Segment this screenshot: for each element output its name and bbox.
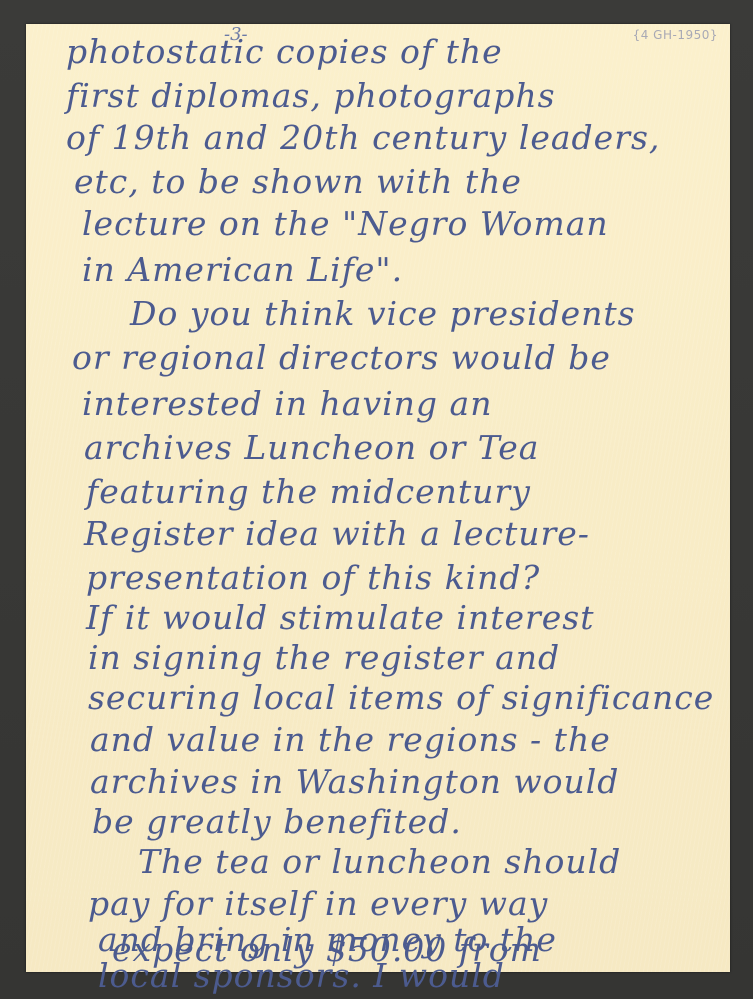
text-line: lecture on the "Negro Woman bbox=[82, 204, 609, 244]
text-line: be greatly benefited. bbox=[92, 802, 462, 842]
text-line: Register idea with a lecture- bbox=[84, 514, 590, 554]
text-line: featuring the midcentury bbox=[86, 472, 531, 512]
text-line: securing local items of significance bbox=[88, 678, 714, 718]
text-line: interested in having an bbox=[82, 384, 492, 424]
text-line: in signing the register and bbox=[88, 638, 560, 678]
text-line: etc, to be shown with the bbox=[74, 162, 522, 202]
text-line: pay for itself in every way bbox=[88, 884, 548, 924]
text-line: photostatic copies of the bbox=[66, 32, 503, 72]
text-line: archives Luncheon or Tea bbox=[84, 428, 539, 468]
text-line: archives in Washington would bbox=[90, 762, 619, 802]
text-line: in American Life". bbox=[82, 250, 403, 290]
text-line: If it would stimulate interest bbox=[86, 598, 594, 638]
text-line: and value in the regions - the bbox=[90, 720, 611, 760]
text-line: presentation of this kind? bbox=[86, 558, 540, 598]
text-line: Do you think vice presidents bbox=[130, 294, 636, 334]
text-line-last: expect only $50.00 from bbox=[112, 930, 542, 970]
text-line: or regional directors would be bbox=[72, 338, 611, 378]
text-line: first diplomas, photographs bbox=[66, 76, 556, 116]
text-line: of 19th and 20th century leaders, bbox=[66, 118, 660, 158]
letter-page: -3- {4 GH-1950} photostatic copies of th… bbox=[26, 24, 730, 972]
text-line: The tea or luncheon should bbox=[138, 842, 621, 882]
handwritten-text-body: photostatic copies of the first diplomas… bbox=[26, 24, 730, 972]
